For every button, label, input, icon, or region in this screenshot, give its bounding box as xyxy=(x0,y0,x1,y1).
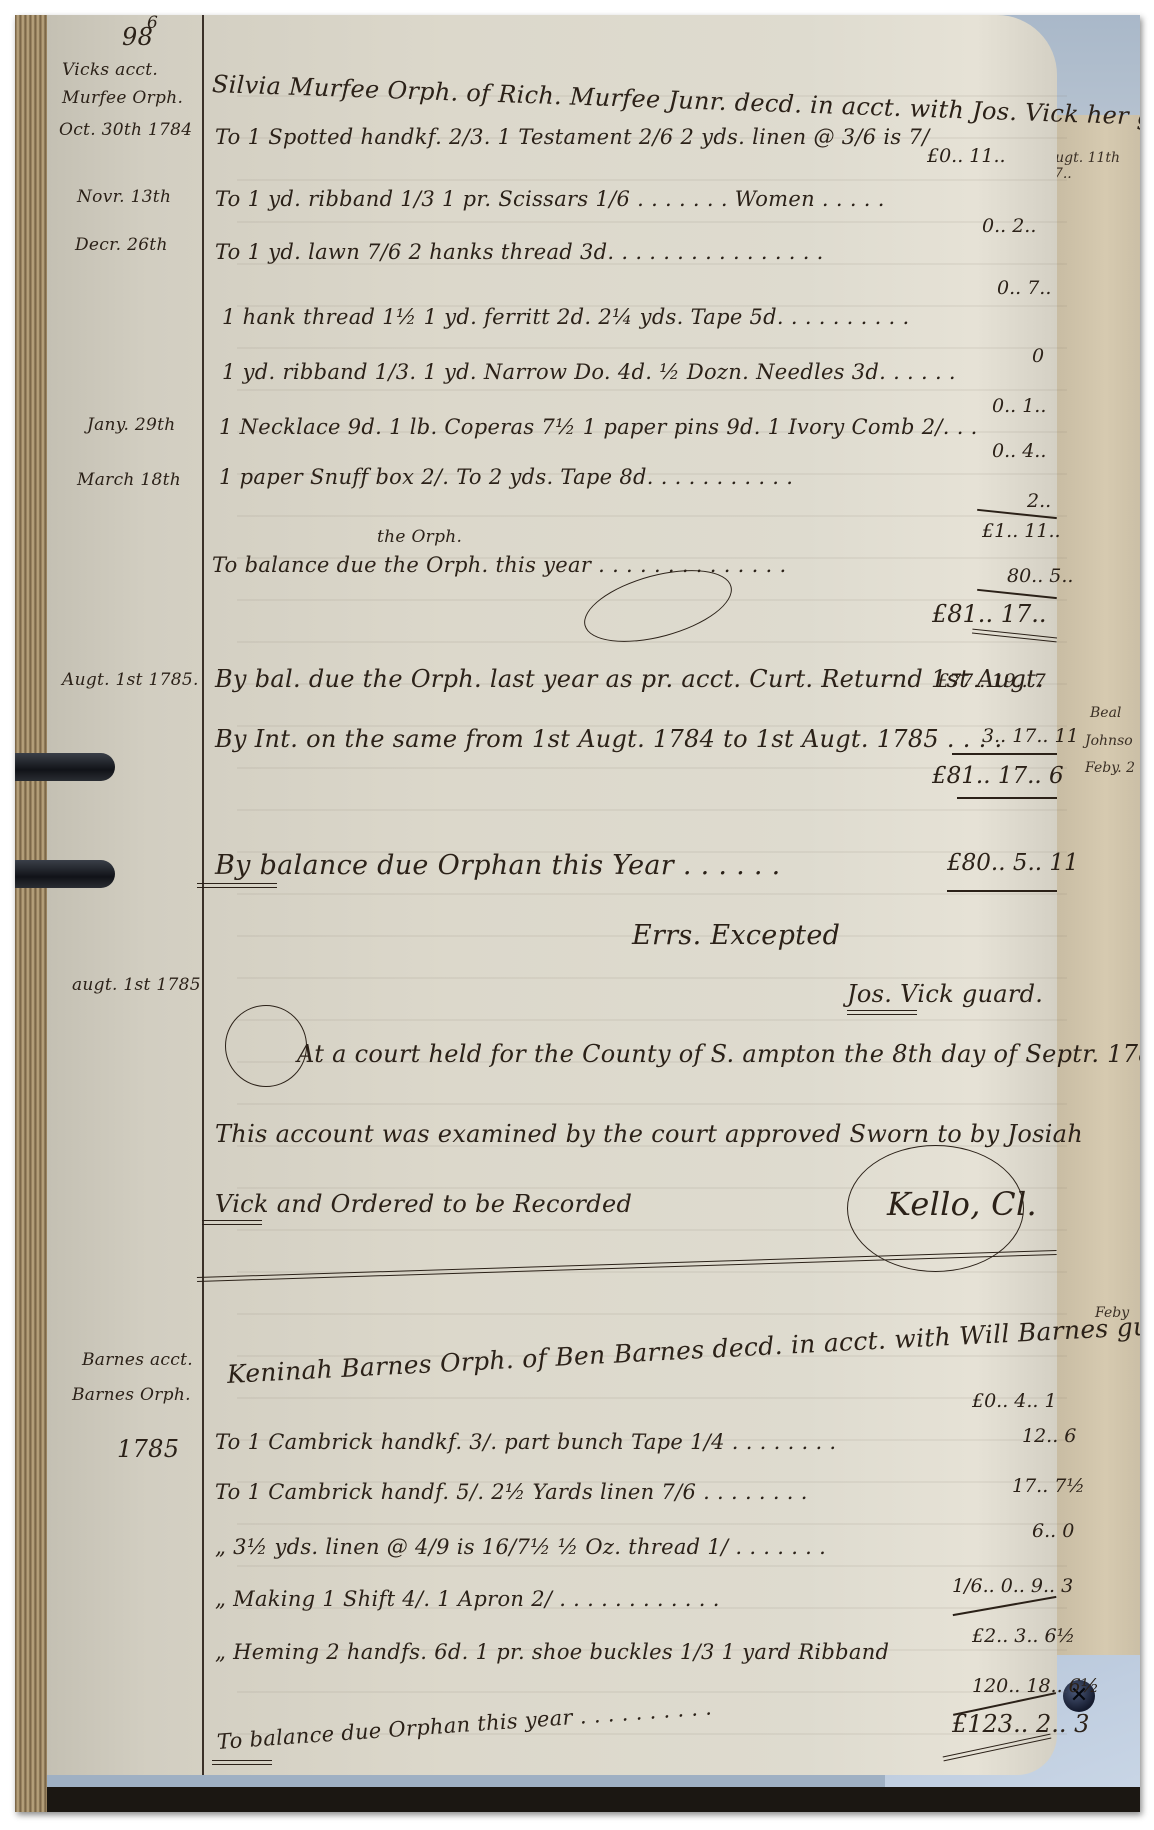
opening-amount: £0.. 4.. 1 xyxy=(972,1390,1057,1412)
errors-excepted: Errs. Excepted xyxy=(632,920,840,951)
balance-due-orphan-text: By balance due Orphan this Year . . . . … xyxy=(215,850,781,881)
binder-ring xyxy=(15,753,115,781)
entry-text: 1 Necklace 9d. 1 lb. Coperas 7½ 1 paper … xyxy=(219,415,978,439)
entry-text: „ 3½ yds. linen @ 4/9 is 16/7½ ½ Oz. thr… xyxy=(215,1535,826,1559)
entry-text: To 1 Spotted handkf. 2/3. 1 Testament 2/… xyxy=(215,125,930,149)
clerk-signature: Kello, Cl. xyxy=(887,1185,1037,1223)
ledger-photograph: Augt. 11th 17.. Beal Johnso Feby. 2 Feby… xyxy=(15,15,1140,1812)
facing-page-note: Beal xyxy=(1090,705,1121,721)
margin-heading: Barnes Orph. xyxy=(72,1385,191,1405)
folio-number-overwrite: 6 xyxy=(147,15,158,33)
entry-text: To 1 yd. ribband 1/3 1 pr. Scissars 1/6 … xyxy=(215,187,885,211)
entry-text: 1 hank thread 1½ 1 yd. ferritt 2d. 2¼ yd… xyxy=(222,305,909,329)
entry-date: Jany. 29th xyxy=(87,415,175,435)
entry-text: „ Heming 2 handfs. 6d. 1 pr. shoe buckle… xyxy=(215,1640,889,1664)
entry-text: „ Making 1 Shift 4/. 1 Apron 2/ . . . . … xyxy=(215,1587,720,1611)
book-stand-base xyxy=(15,1787,1140,1812)
entry-amount: £77.. 19.. 7 xyxy=(937,670,1046,692)
margin-heading: Vicks acct. xyxy=(62,60,158,80)
balance-line-amount: 120.. 18.. 6½ xyxy=(972,1675,1099,1697)
entry-amount: 0.. 2.. xyxy=(982,215,1036,237)
entry-amount: 2.. xyxy=(1027,490,1051,512)
entry-amount: 6.. 0 xyxy=(1032,1520,1074,1542)
inserted-words: the Orph. xyxy=(377,527,462,547)
entry-amount: £0.. 11.. xyxy=(927,145,1006,167)
entry-amount: 17.. 7½ xyxy=(1012,1475,1085,1497)
entry-date: Novr. 13th xyxy=(77,187,171,207)
total-rule xyxy=(957,797,1057,799)
signature-date: augt. 1st 1785 xyxy=(72,975,201,995)
facing-page-note: Johnso xyxy=(1085,733,1133,749)
entry-amount: 0.. 1.. xyxy=(992,395,1046,417)
double-rule xyxy=(847,1010,917,1015)
entry-date: March 18th xyxy=(77,470,181,490)
guardian-signature: Jos. Vick guard. xyxy=(847,980,1043,1008)
entry-text: By bal. due the Orph. last year as pr. a… xyxy=(215,665,1044,693)
binder-ring xyxy=(15,860,115,888)
entry-amount: 0 xyxy=(1032,345,1044,367)
entry-text: 1 yd. ribband 1/3. 1 yd. Narrow Do. 4d. … xyxy=(222,360,956,384)
debit-subtotal: £1.. 11.. xyxy=(982,520,1061,542)
double-rule xyxy=(202,1220,262,1225)
entry-amount: £2.. 3.. 6½ xyxy=(972,1625,1075,1647)
balance-line-amount: 80.. 5.. xyxy=(1007,565,1073,587)
entry-text: To 1 Cambrick handf. 5/. 2½ Yards linen … xyxy=(215,1480,808,1504)
entry-date: Augt. 1st 1785. xyxy=(62,670,199,690)
margin-heading: Murfee Orph. xyxy=(62,88,183,108)
entry-text: 1 paper Snuff box 2/. To 2 yds. Tape 8d.… xyxy=(219,465,793,489)
double-rule xyxy=(212,1760,272,1765)
subtotal-rule xyxy=(952,753,1057,755)
margin-year: 1785 xyxy=(117,1435,179,1463)
entry-amount: 0.. 4.. xyxy=(992,440,1046,462)
court-record-line: At a court held for the County of S. amp… xyxy=(297,1040,1140,1068)
total-rule xyxy=(947,890,1057,892)
entry-date: Oct. 30th 1784 xyxy=(59,120,192,140)
court-record-line: Vick and Ordered to be Recorded xyxy=(215,1190,632,1218)
debit-total: £81.. 17.. xyxy=(932,600,1047,628)
court-record-line: This account was examined by the court a… xyxy=(215,1120,1083,1148)
entry-date: Decr. 26th xyxy=(75,235,168,255)
credit-total: £81.. 17.. 6 xyxy=(932,763,1064,789)
account-total: £123.. 2.. 3 xyxy=(952,1710,1089,1738)
entry-amount: 3.. 17.. 11 xyxy=(982,725,1079,747)
entry-text: To 1 Cambrick handkf. 3/. part bunch Tap… xyxy=(215,1430,836,1454)
entry-amount: 12.. 6 xyxy=(1022,1425,1076,1447)
entry-text: By Int. on the same from 1st Augt. 1784 … xyxy=(215,725,1002,753)
entry-amount: 1/6.. 0.. 9.. 3 xyxy=(952,1575,1073,1597)
flourish xyxy=(225,1005,307,1087)
balance-due-orphan-amount: £80.. 5.. 11 xyxy=(947,850,1079,876)
margin-rule xyxy=(202,15,204,1775)
double-rule xyxy=(197,883,277,888)
facing-page-note: Feby. 2 xyxy=(1085,760,1135,776)
ledger-page: 98 6 Vicks acct. Murfee Orph. Silvia Mur… xyxy=(47,15,1057,1775)
margin-heading: Barnes acct. xyxy=(82,1350,193,1370)
page-edges xyxy=(15,15,47,1812)
entry-amount: 0.. 7.. xyxy=(997,277,1051,299)
entry-text: To 1 yd. lawn 7/6 2 hanks thread 3d. . .… xyxy=(215,240,824,264)
